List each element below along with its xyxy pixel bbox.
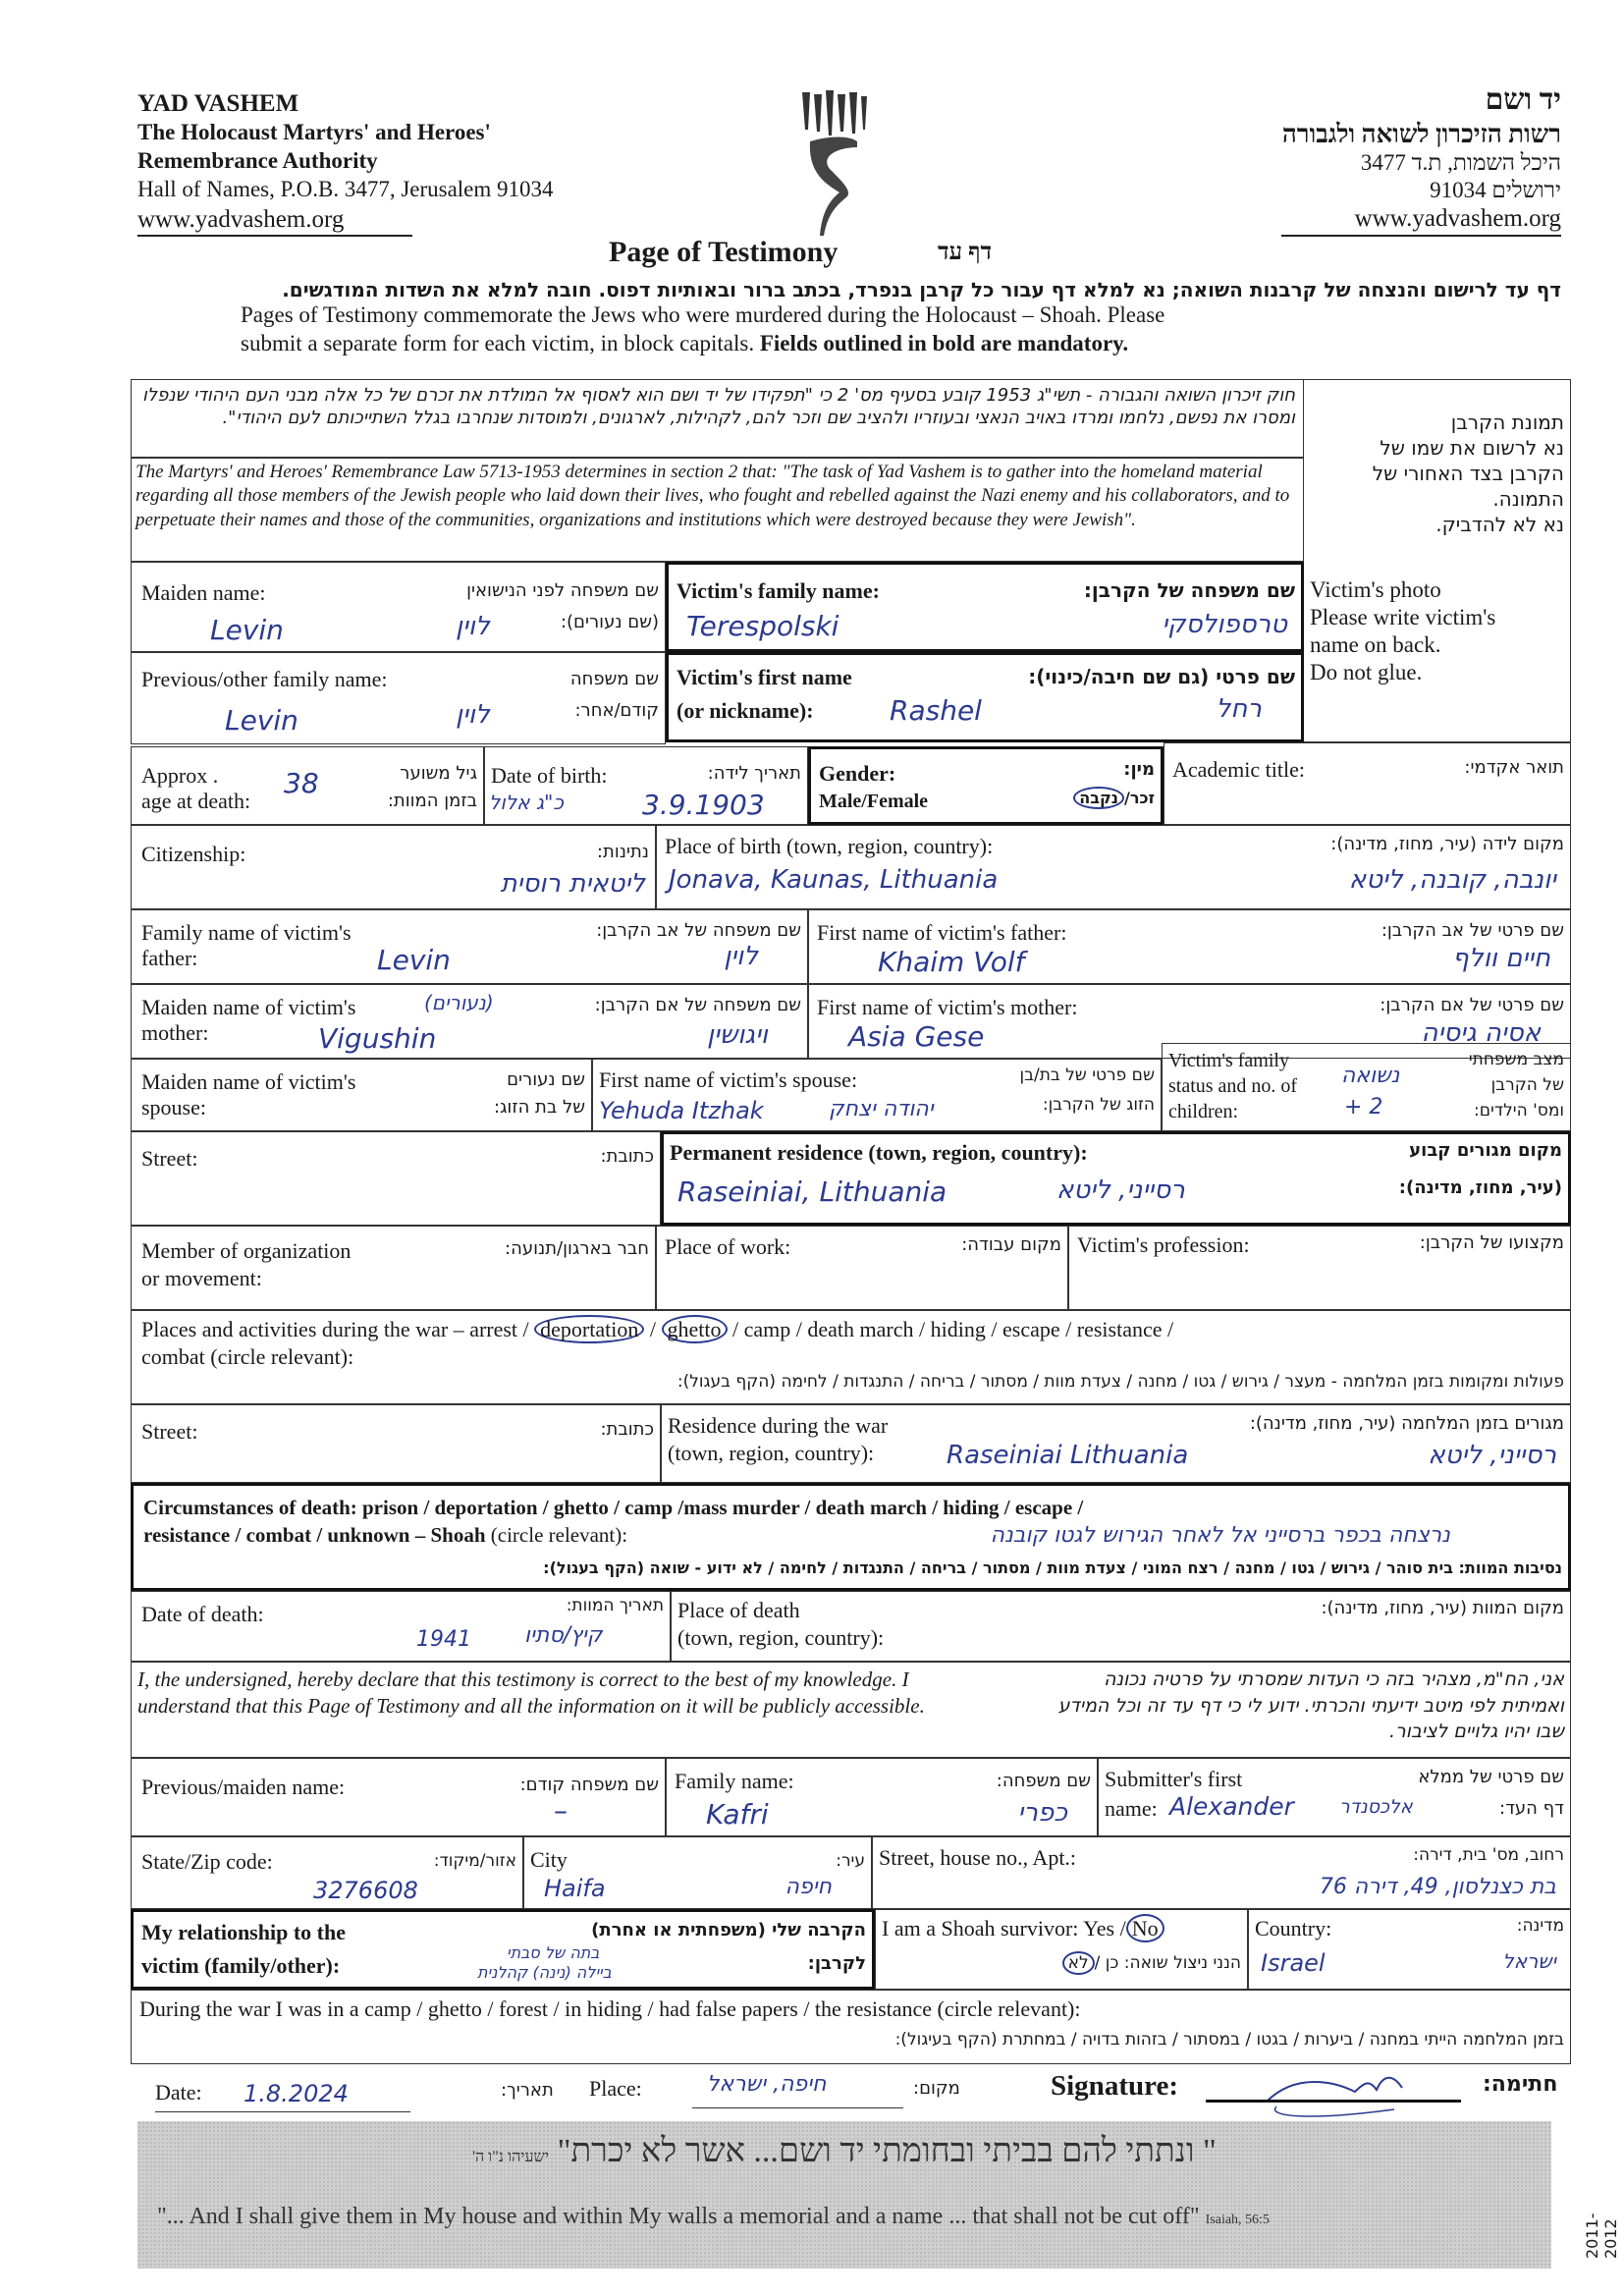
label: Maiden name of victim's — [141, 995, 355, 1019]
war-activities-en: Places and activities during the war – a… — [141, 1317, 1173, 1341]
photo-he-5: נא לא להדביק. — [1373, 512, 1564, 537]
intro-en-2-text: submit a separate form for each victim, … — [241, 331, 754, 355]
value: – — [554, 1794, 568, 1827]
label: Citizenship: — [141, 842, 245, 866]
law-box-he: חוק זיכרון השואה והגבורה - תשי"ג 1953 קו… — [131, 379, 1304, 458]
quote-he: " ונתתי להם בביתי ובחומתי יד ושם... אשר … — [558, 2133, 1217, 2169]
gender-options-he: זכר/נקבה — [1073, 789, 1155, 807]
header-left: YAD VASHEM The Holocaust Martyrs' and He… — [137, 88, 554, 237]
label: Academic title: — [1172, 757, 1305, 782]
annotation-he: (נעורים) — [424, 991, 494, 1014]
photo-instructions-en: Victim's photo Please write victim's nam… — [1310, 576, 1495, 686]
field-date-of-birth[interactable]: Date of birth: תאריך לידה: כ"ג אלול 3.9.… — [484, 746, 808, 825]
label: Previous/maiden name: — [141, 1775, 345, 1799]
label-he: כתובת: — [600, 1146, 654, 1168]
field-submitter-family-name[interactable]: Family name: שם משפחה: Kafri כפרי — [666, 1758, 1098, 1836]
label-he: רחוב, מס' בית, דירה: — [1413, 1845, 1564, 1865]
label-he: שם משפחה: — [997, 1771, 1091, 1792]
value: Alexander — [1169, 1792, 1294, 1821]
label-he: שם נעורים — [507, 1069, 585, 1091]
law-text-en: The Martyrs' and Heroes' Remembrance Law… — [135, 461, 1297, 532]
label-he: כתובת: — [600, 1419, 654, 1441]
survivor-no-option-selected[interactable]: No — [1126, 1914, 1164, 1942]
label-he: מקום מגורים קבוע — [1409, 1140, 1562, 1162]
label: Date of death: — [141, 1602, 264, 1626]
date-label: Date: — [155, 2080, 202, 2105]
war-activities-he: פעולות ומקומות בזמן המלחמה - מעצר / גירו… — [677, 1372, 1564, 1392]
label-he: מדינה: — [1517, 1916, 1564, 1936]
intro-he: דף עד לרישום והנצחה של קרבנות השואה; נא … — [157, 278, 1561, 301]
field-age-at-death[interactable]: Approx . age at death: 38 גיל משוער בזמן… — [131, 746, 484, 825]
label-2: or movement: — [141, 1266, 262, 1290]
org-name-he: יד ושם — [1080, 82, 1561, 119]
label-he-2: (עיר, מחוז, מדינה): — [1399, 1177, 1562, 1199]
field-previous-family-name[interactable]: Previous/other family name: שם משפחה קוד… — [131, 652, 666, 744]
field-victim-family-name[interactable]: Victim's family name: שם משפחה של הקרבן:… — [666, 562, 1304, 652]
declaration-en: I, the undersigned, hereby declare that … — [137, 1667, 992, 1721]
field-country[interactable]: Country: מדינה: Israel ישראל — [1248, 1909, 1571, 1990]
signature-label-he: חתימה: — [1483, 2072, 1557, 2098]
field-academic-title[interactable]: Academic title: תואר אקדמי: — [1164, 742, 1571, 825]
label-he: נתינות: — [597, 842, 649, 863]
photo-box[interactable]: תמונת הקרבן נא לרשום את שמו של הקרבן בצד… — [1304, 379, 1571, 742]
value: Raseiniai, Lithuania — [677, 1175, 947, 1208]
label-2: name: — [1105, 1796, 1158, 1821]
label-2: victim (family/other): — [141, 1953, 340, 1978]
field-place-of-birth[interactable]: Place of birth (town, region, country): … — [656, 825, 1571, 909]
field-place-of-death[interactable]: Place of death (town, region, country): … — [671, 1591, 1571, 1662]
address-en: Hall of Names, P.O.B. 3477, Jerusalem 91… — [137, 176, 554, 204]
field-place-of-work[interactable]: Place of work: מקום עבודה: — [656, 1226, 1068, 1310]
value: Israel — [1261, 1949, 1326, 1977]
value-he-2: ביילה (נינה) קהלנית — [477, 1963, 612, 1982]
intro-en-2: submit a separate form for each victim, … — [241, 330, 1128, 357]
label-he: מקום לידה (עיר, מחוז, מדינה): — [1330, 834, 1564, 855]
label-2: Male/Female — [819, 791, 928, 813]
field-circumstances-of-death[interactable]: Circumstances of death: prison / deporta… — [131, 1483, 1571, 1591]
label: Street: — [141, 1146, 197, 1171]
label: Circumstances of death: prison / deporta… — [143, 1496, 1083, 1519]
date-value[interactable]: 1.8.2024 — [244, 2080, 349, 2107]
label: City — [530, 1847, 568, 1872]
field-maiden-name[interactable]: Maiden name: שם משפחה לפני הנישואין (שם … — [131, 562, 666, 652]
label: During the war I was in a camp / ghetto … — [139, 1996, 1081, 2021]
value-he: נרצחה בכפר ברסייני אל לאחר הגירוש לגטו ק… — [991, 1523, 1450, 1548]
place-value[interactable]: חיפה, ישראל — [707, 2072, 827, 2097]
field-spouse-first-name[interactable]: First name of victim's spouse: שם פרטי ש… — [592, 1059, 1162, 1131]
label: Place of birth (town, region, country): — [665, 834, 993, 858]
label-he: מקום עבודה: — [961, 1234, 1061, 1256]
label: First name of victim's father: — [817, 920, 1066, 945]
value: Jonava, Kaunas, Lithuania — [669, 865, 998, 895]
option-escape[interactable]: escape — [1002, 1317, 1060, 1341]
field-mother-maiden-name[interactable]: Maiden name of victim's (נעורים) mother:… — [131, 984, 808, 1059]
label: Victim's family name: — [677, 578, 880, 603]
label-2: mother: — [141, 1020, 208, 1045]
label: Victim's profession: — [1077, 1232, 1250, 1257]
authority-he: רשות הזיכרון לשואה ולגבורה — [1080, 119, 1561, 150]
label: Family name of victim's — [141, 920, 352, 945]
field-street[interactable]: Street: כתובת: — [131, 1131, 661, 1226]
option-death-march[interactable]: death march — [807, 1317, 913, 1341]
value: Levin — [225, 704, 298, 737]
label-he: עיר: — [836, 1851, 865, 1871]
label: Maiden name: — [141, 580, 265, 605]
label-he: שם פרטי של אם הקרבן: — [1380, 995, 1564, 1016]
label-he: שם פרטי (גם שם חיבה/כינוי): — [1028, 665, 1295, 688]
signature-line — [1206, 2100, 1461, 2103]
label-he-2: בזמן המוות: — [388, 791, 477, 812]
value-he: לוין — [724, 942, 758, 971]
value: Asia Gese — [848, 1020, 984, 1053]
value: Terespolski — [686, 610, 839, 642]
label-he: מקום המוות (עיר, מחוז, מדינה): — [1321, 1598, 1564, 1619]
intro-en-1: Pages of Testimony commemorate the Jews … — [241, 301, 1164, 329]
value-he: ליטאית רוסית — [500, 869, 645, 899]
label: Submitter's first — [1105, 1767, 1242, 1791]
label-he: תאריך לידה: — [708, 763, 801, 785]
label-he: שם משפחה — [570, 669, 659, 690]
label-2-text: resistance / combat / unknown – Shoah — [143, 1523, 486, 1547]
label: Gender: — [819, 761, 895, 786]
value-he: יהודה יצחק — [829, 1097, 934, 1121]
value-he: לוין — [456, 612, 490, 641]
label-he: הנני ניצול שואה: כן / — [1095, 1953, 1241, 1973]
option-deportation-selected[interactable]: deportation — [534, 1315, 644, 1343]
label-2: resistance / combat / unknown – Shoah (c… — [143, 1523, 627, 1547]
label-suffix: (circle relevant): — [491, 1523, 627, 1547]
label: Places and activities during the war – — [141, 1317, 464, 1341]
authority-en-2: Remembrance Authority — [137, 147, 554, 176]
value: 38 — [284, 767, 319, 799]
field-victim-first-name[interactable]: Victim's first name (or nickname): שם פר… — [666, 652, 1304, 742]
label: Place of death — [677, 1598, 800, 1622]
value-status: נשואה — [1341, 1064, 1399, 1088]
label: First name of victim's spouse: — [599, 1067, 857, 1092]
value-he: בת כצנלסון, 49, דירה 76 — [1320, 1875, 1556, 1899]
address-he-1: היכל השמות, ת.ד 3477 — [1080, 149, 1561, 177]
value-he: ויגושין — [707, 1020, 768, 1050]
option-ghetto-selected[interactable]: ghetto — [662, 1315, 728, 1343]
survivor-label-he: הנני ניצול שואה: כן /לא — [1062, 1953, 1241, 1973]
label-he: גיל משוער — [400, 763, 477, 785]
label-he-3: ומס' הילדים: — [1474, 1101, 1564, 1121]
field-spouse-maiden-name[interactable]: Maiden name of victim's spouse: שם נעורי… — [131, 1059, 592, 1131]
intro-mandatory-note: Fields outlined in bold are mandatory. — [760, 331, 1128, 355]
page-title-he: דף עד — [938, 240, 992, 266]
field-permanent-residence[interactable]: Permanent residence (town, region, count… — [661, 1131, 1571, 1226]
value: Vigushin — [318, 1022, 436, 1055]
label-he: שם פרטי של בת/בן — [1020, 1066, 1155, 1085]
law-text-he: חוק זיכרון השואה והגבורה - תשי"ג 1953 קו… — [137, 384, 1295, 430]
value: 3276608 — [313, 1877, 418, 1904]
label-he: תואר אקדמי: — [1464, 757, 1564, 779]
date-underline — [155, 2111, 410, 2112]
address-he-2: ירושלים 91034 — [1080, 177, 1561, 204]
signature-label: Signature: — [1051, 2070, 1178, 2103]
signature-scribble-icon — [1247, 2062, 1443, 2121]
value: Kafri — [706, 1798, 769, 1831]
value-he: חיים וולף — [1452, 944, 1550, 973]
photo-instructions-he: תמונת הקרבן נא לרשום את שמו של הקרבן בצד… — [1373, 410, 1564, 537]
label: Date of birth: — [491, 763, 608, 788]
label: Street: — [141, 1419, 197, 1444]
label-he: בזמן המלחמה הייתי במחנה / ביערות / בגטו … — [895, 2030, 1564, 2050]
war-activities-en-2: combat (circle relevant): — [141, 1344, 353, 1369]
option-hiding[interactable]: hiding — [931, 1317, 986, 1341]
menorah-yad-vashem-logo-icon — [800, 90, 869, 238]
value-he: קיץ/סתיו — [524, 1623, 602, 1648]
field-war-experience[interactable]: During the war I was in a camp / ghetto … — [131, 1990, 1571, 2064]
label: Victim's first name — [677, 665, 852, 689]
survivor-label-en: I am a Shoah survivor: Yes /No — [882, 1916, 1164, 1941]
label-he-2: הזוג של הקרבן: — [1043, 1095, 1155, 1115]
value: 3.9.1903 — [642, 789, 765, 821]
footer-quote-band: " ונתתי להם בביתי ובחומתי יד ושם... אשר … — [137, 2121, 1551, 2269]
label-he: שם משפחה לפני הנישואין — [466, 580, 659, 602]
date-label-he: תאריך: — [501, 2080, 554, 2102]
label: I am a Shoah survivor: Yes / — [882, 1916, 1126, 1941]
value: Khaim Volf — [878, 946, 1025, 978]
label-he: נסיבות המוות: בית סוהר / גירוש / גטו / מ… — [543, 1558, 1562, 1577]
option-combat[interactable]: combat — [141, 1344, 205, 1369]
label-he: שם פרטי של אב הקרבן: — [1381, 920, 1564, 942]
value-he: יונבה, קובנה, ליטא — [1349, 865, 1556, 895]
photo-en-2: Please write victim's — [1310, 604, 1495, 631]
value-he: כ"ג אלול — [489, 791, 564, 814]
label: Member of organization — [141, 1238, 351, 1263]
label-he-2: של בת הזוג: — [494, 1097, 585, 1119]
law-box-en: The Martyrs' and Heroes' Remembrance Law… — [131, 458, 1304, 562]
signature-field[interactable] — [1247, 2062, 1443, 2121]
footer-quote-en: "... And I shall give them in My house a… — [157, 2204, 1270, 2230]
field-submitter-street[interactable]: Street, house no., Apt.: רחוב, מס' בית, … — [872, 1836, 1571, 1909]
declaration-box: I, the undersigned, hereby declare that … — [131, 1662, 1571, 1758]
quote-he-ref: ישעיהו נ"ו ה' — [472, 2149, 549, 2165]
field-submitter-previous-name[interactable]: Previous/maiden name: שם משפחה קודם: – — [131, 1758, 666, 1836]
value-he: רחל — [1217, 694, 1262, 724]
label-he-2: של הקרבן — [1491, 1075, 1564, 1095]
label-he: שם משפחה של הקרבן: — [1084, 578, 1295, 602]
label-he: הקרבה שלי (משפחתית או אחרת) — [591, 1920, 866, 1941]
option-camp[interactable]: camp — [744, 1317, 791, 1341]
place-label-he: מקום: — [913, 2078, 960, 2100]
label: My relationship to the — [141, 1920, 346, 1944]
label: Maiden name of victim's — [141, 1069, 355, 1094]
label: Country: — [1255, 1916, 1331, 1941]
label-he: שם משפחה קודם: — [520, 1775, 659, 1796]
declaration-he: אני, הח"מ, מצהיר בזה כי העדות שמסרתי על … — [1054, 1667, 1564, 1745]
field-war-residence[interactable]: Residence during the war (town, region, … — [661, 1404, 1571, 1483]
value-he: כפרי — [1018, 1798, 1067, 1828]
option-arrest[interactable]: arrest — [469, 1317, 517, 1341]
label-he-2: קודם/אחר: — [574, 700, 659, 722]
label: Victim's family — [1168, 1050, 1289, 1072]
photo-he-4: התמונה. — [1373, 486, 1564, 512]
value-he: אלכסנדר — [1339, 1796, 1413, 1818]
field-organization[interactable]: Member of organization or movement: חבר … — [131, 1226, 656, 1310]
photo-en-1: Victim's photo — [1310, 576, 1495, 604]
label: First name of victim's mother: — [817, 995, 1077, 1019]
photo-en-3: name on back. — [1310, 631, 1495, 659]
label-he: מין: — [1123, 759, 1155, 781]
label-he-2: (שם נעורים): — [561, 612, 659, 633]
value: Raseiniai Lithuania — [947, 1441, 1188, 1470]
field-family-status[interactable]: Victim's family status and no. of childr… — [1162, 1043, 1571, 1131]
survivor-no-option-he-selected[interactable]: לא — [1062, 1951, 1095, 1975]
value-he: רסייני, ליטא — [1056, 1175, 1185, 1205]
label-2: age at death: — [141, 789, 250, 813]
label-2: status and no. of — [1168, 1075, 1297, 1098]
label-he: שם משפחה של אם הקרבן: — [595, 995, 801, 1016]
value: Rashel — [890, 694, 982, 727]
org-name-en: YAD VASHEM — [137, 88, 554, 119]
gender-male-option[interactable]: זכר/ — [1124, 789, 1155, 807]
label: Permanent residence (town, region, count… — [670, 1140, 1088, 1165]
photo-he-1: תמונת הקרבן — [1373, 410, 1564, 435]
value-he: ישראל — [1502, 1949, 1556, 1973]
label-he-2: לקרבן: — [808, 1953, 866, 1975]
photo-en-4: Do not glue. — [1310, 659, 1495, 686]
label-2: father: — [141, 946, 197, 970]
field-father-family-name[interactable]: Family name of victim's father: שם משפחה… — [131, 909, 808, 984]
website-link-right[interactable]: www.yadvashem.org — [1281, 204, 1561, 237]
photo-he-2: נא לרשום את שמו של — [1373, 435, 1564, 461]
label-he: שם משפחה של אב הקרבן: — [596, 920, 801, 942]
value: Levin — [377, 944, 451, 976]
field-date-of-death[interactable]: Date of death: תאריך המוות: 1941 קיץ/סתי… — [131, 1591, 671, 1662]
value-he: רסייני, ליטא — [1428, 1441, 1556, 1470]
place-underline — [692, 2107, 903, 2108]
label-he-2: דף העד: — [1499, 1798, 1564, 1820]
label: Approx . — [141, 763, 218, 788]
label-2: spouse: — [141, 1095, 206, 1120]
field-submitter-city[interactable]: City עיר: Haifa חיפה — [523, 1836, 872, 1909]
quote-en: "... And I shall give them in My house a… — [157, 2204, 1200, 2229]
page-title-en: Page of Testimony — [609, 236, 838, 269]
label: Previous/other family name: — [141, 667, 388, 691]
field-war-street[interactable]: Street: כתובת: — [131, 1404, 661, 1483]
value-children: + 2 — [1344, 1095, 1382, 1120]
value-he: טרספולסקי — [1162, 610, 1287, 639]
label: State/Zip code: — [141, 1849, 273, 1874]
photo-he-3: הקרבן בצד האחורי של — [1373, 461, 1564, 486]
value: Levin — [210, 614, 284, 646]
field-submitter-zip[interactable]: State/Zip code: אזור/מיקוד: 3276608 — [131, 1836, 523, 1909]
footer-quote-he: " ונתתי להם בביתי ובחומתי יד ושם... אשר … — [137, 2133, 1551, 2170]
field-father-first-name[interactable]: First name of victim's father: שם פרטי ש… — [808, 909, 1571, 984]
quote-en-ref: Isaiah, 56:5 — [1206, 2213, 1270, 2227]
label: Residence during the war — [668, 1413, 888, 1438]
label-2: (town, region, country): — [668, 1441, 874, 1465]
label-he: תאריך המוות: — [567, 1596, 664, 1615]
value-he: לוין — [456, 700, 490, 730]
authority-en-1: The Holocaust Martyrs' and Heroes' — [137, 119, 554, 147]
gender-female-option-selected[interactable]: נקבה — [1073, 787, 1124, 809]
label: Street, house no., Apt.: — [879, 1845, 1076, 1870]
label-he: שם פרטי של ממלא — [1418, 1767, 1564, 1788]
header-right: יד ושם רשות הזיכרון לשואה ולגבורה היכל ה… — [1080, 82, 1561, 237]
label-he: מגורים בזמן המלחמה (עיר, מחוז, מדינה): — [1250, 1413, 1564, 1435]
field-submitter-first-name[interactable]: Submitter's first name: שם פרטי של ממלא … — [1098, 1758, 1571, 1836]
label-he: אזור/מיקוד: — [434, 1851, 516, 1871]
form-version: 2011-2012 — [1583, 2214, 1620, 2260]
value-he: בתה של סבתי — [507, 1943, 600, 1962]
value: Haifa — [544, 1875, 606, 1902]
label-2: (or nickname): — [677, 698, 814, 723]
label-3: children: — [1168, 1101, 1238, 1123]
label-2: (town, region, country): — [677, 1625, 884, 1650]
label-he: מצב משפחתי — [1469, 1050, 1564, 1069]
label-he: חבר בארגון/תנועה: — [505, 1238, 649, 1260]
field-profession[interactable]: Victim's profession: מקצועו של הקרבן: — [1068, 1226, 1571, 1310]
label-suffix: (circle relevant): — [210, 1344, 353, 1369]
field-shoah-survivor[interactable]: I am a Shoah survivor: Yes /No הנני ניצו… — [875, 1909, 1248, 1990]
value: Yehuda Itzhak — [599, 1097, 764, 1124]
label-he: מקצועו של הקרבן: — [1420, 1232, 1564, 1254]
label: Family name: — [675, 1769, 794, 1793]
field-war-activities[interactable]: Places and activities during the war – a… — [131, 1310, 1571, 1404]
option-resistance[interactable]: resistance — [1077, 1317, 1163, 1341]
place-label: Place: — [589, 2076, 642, 2101]
field-relationship[interactable]: My relationship to the victim (family/ot… — [131, 1909, 875, 1990]
field-citizenship[interactable]: Citizenship: נתינות: ליטאית רוסית — [131, 825, 656, 909]
value: 1941 — [416, 1627, 471, 1652]
label: Place of work: — [665, 1234, 790, 1259]
website-link-left[interactable]: www.yadvashem.org — [137, 204, 412, 237]
value-he: חיפה — [785, 1875, 832, 1899]
field-gender[interactable]: Gender: Male/Female מין: זכר/נקבה — [808, 746, 1164, 825]
